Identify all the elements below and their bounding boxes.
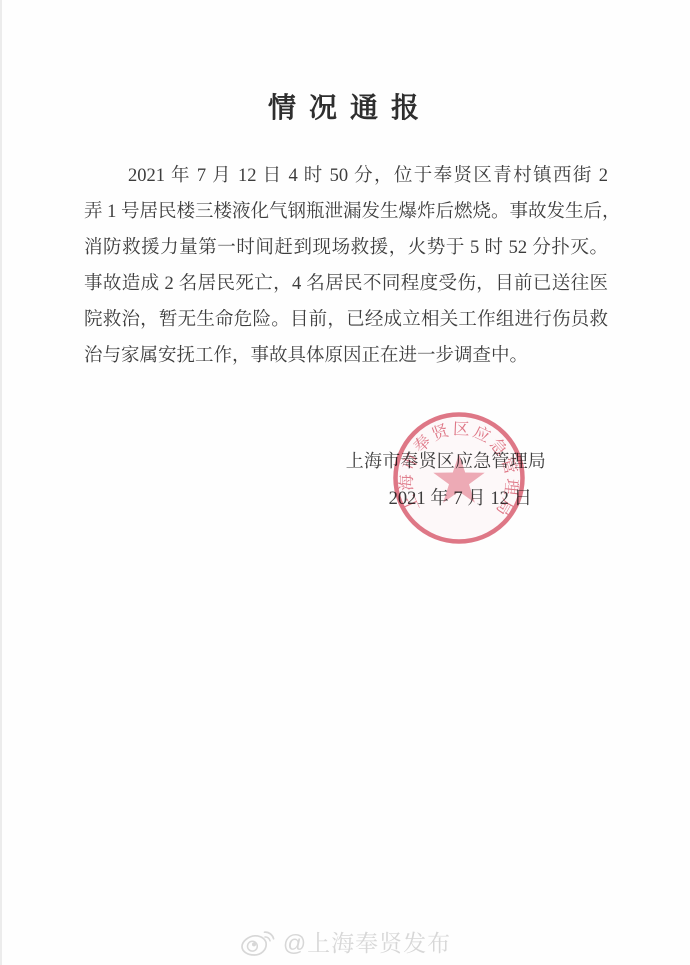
body-line: 治与家属安抚工作，事故具体原因正在进一步调查中。 xyxy=(84,338,608,374)
weibo-icon xyxy=(239,926,277,958)
notice-document: 情 况 通 报 2021 年 7 月 12 日 4 时 50 分，位于奉贤区青村… xyxy=(0,0,690,965)
body-line: 2021 年 7 月 12 日 4 时 50 分，位于奉贤区青村镇西街 2 xyxy=(84,158,608,194)
page-title: 情 况 通 报 xyxy=(0,86,690,126)
body-line: 消防救援力量第一时间赶到现场救援，火势于 5 时 52 分扑灭。 xyxy=(84,230,608,266)
watermark: @上海奉贤发布 xyxy=(0,925,690,958)
body-line: 弄 1 号居民楼三楼液化气钢瓶泄漏发生爆炸后燃烧。事故发生后， xyxy=(84,194,608,230)
official-seal: 上海市奉贤区应急管理局 xyxy=(390,409,528,547)
body-line: 院救治，暂无生命危险。目前，已经成立相关工作组进行伤员救 xyxy=(84,302,608,338)
body-line: 事故造成 2 名居民死亡，4 名居民不同程度受伤，目前已送往医 xyxy=(84,266,608,302)
notice-body: 2021 年 7 月 12 日 4 时 50 分，位于奉贤区青村镇西街 2 弄 … xyxy=(84,158,608,374)
watermark-text: @上海奉贤发布 xyxy=(283,925,451,958)
